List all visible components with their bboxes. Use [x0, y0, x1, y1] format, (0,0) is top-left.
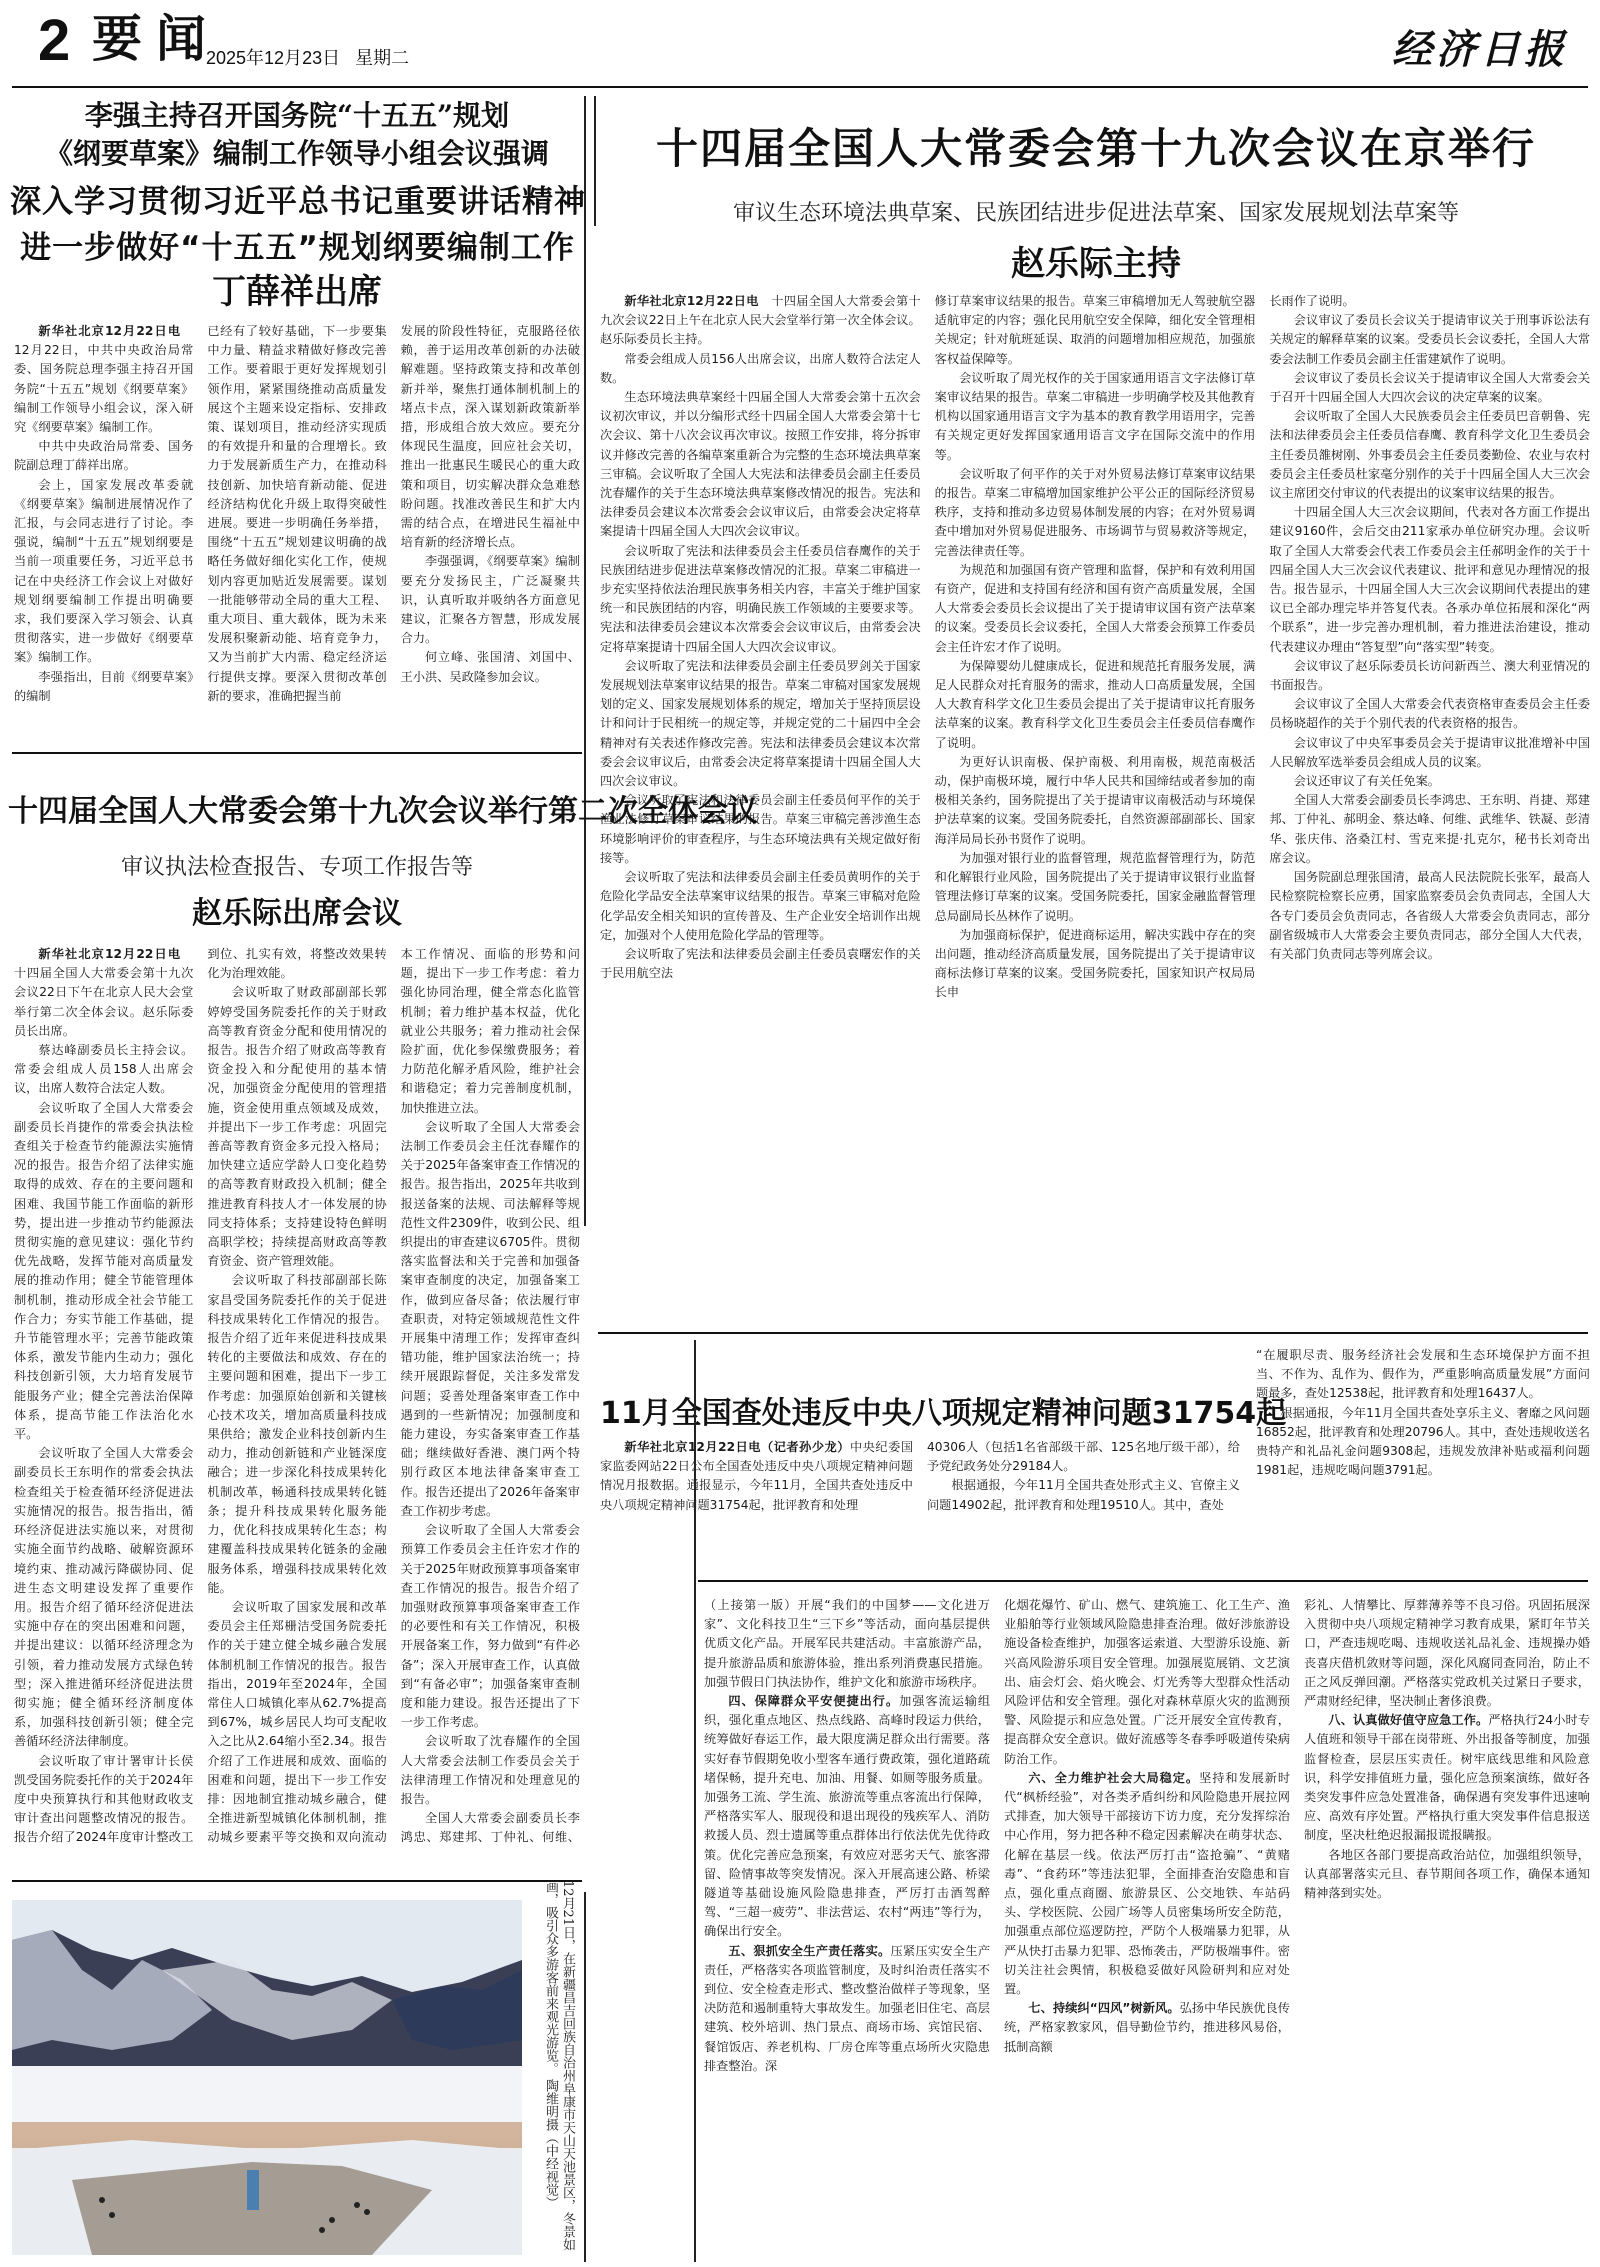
section-rule	[12, 752, 582, 754]
article-column: “在履职尽责、服务经济社会发展和生态环境保护方面不担当、不作为、乱作为、假作为，…	[1256, 1346, 1590, 1556]
article-body: （上接第一版）开展“我们的中国梦——文化进万家”、文化科技卫生“三下乡”等活动，…	[704, 1596, 1590, 2262]
article-headline: 深入学习贯彻习近平总书记重要讲话精神	[10, 176, 585, 221]
article-body: “在履职尽责、服务经济社会发展和生态环境保护方面不担当、不作为、乱作为、假作为，…	[1256, 1346, 1590, 1556]
photo-credit: 陶维明摄（中经视觉）	[543, 2079, 558, 2209]
article-column: 新华社北京12月22日电 十四届全国人大常委会第十九次会议22日上午在北京人民大…	[600, 292, 921, 1292]
article-body: 新华社北京12月22日电（记者孙少龙）中央纪委国家监委网站22日公布全国查处违反…	[600, 1438, 1240, 1558]
article-headline: 十四届全国人大常委会第十九次会议举行第二次全体会议	[8, 786, 588, 830]
article-column: （上接第一版）开展“我们的中国梦——文化进万家”、文化科技卫生“三下乡”等活动，…	[704, 1596, 990, 2262]
date: 2025年12月23日	[206, 48, 340, 68]
article-subhead: 赵乐际主持	[596, 236, 1596, 285]
article-column: 新华社北京12月22日电（记者孙少龙）中央纪委国家监委网站22日公布全国查处违反…	[600, 1438, 913, 1558]
weekday: 星期二	[355, 48, 409, 68]
header-rule	[12, 86, 1588, 88]
article-column: 新华社北京12月22日电 12月22日，中共中央政治局常委、国务院总理李强主持召…	[14, 322, 193, 722]
article-column: 化烟花爆竹、矿山、燃气、建筑施工、化工生产、渔业船舶等行业领域风险隐患排查治理。…	[1004, 1596, 1290, 2262]
section-rule	[698, 1580, 1588, 1582]
article-column: 到位、扎实有效，将整改效果转化为治理效能。会议听取了财政部副部长郭婷婷受国务院委…	[207, 945, 386, 1850]
article-kicker: 《纲要草案》编制工作领导小组会议强调	[12, 132, 582, 172]
article-column: 修订草案审议结果的报告。草案三审稿增加无人驾驶航空器适航审定的内容；强化民用航空…	[935, 292, 1256, 1292]
article-body: 新华社北京12月22日电 十四届全国人大常委会第十九次会议22日下午在北京人民大…	[14, 945, 580, 1850]
article-headline: 11月全国查处违反中央八项规定精神问题31754起	[600, 1388, 1240, 1432]
issue-date: 2025年12月23日 星期二	[206, 44, 409, 70]
column-divider	[584, 1892, 586, 2262]
tianchi-winter-photo	[12, 1900, 522, 2255]
article-column: 长雨作了说明。会议审议了委员长会议关于提请审议关于刑事诉讼法有关规定的解释草案的…	[1269, 292, 1590, 1292]
article-headline: 进一步做好“十五五”规划纲要编制工作	[10, 222, 585, 267]
section-rule	[598, 1332, 1588, 1334]
column-divider	[694, 1340, 696, 2262]
article-subhead: 丁薛祥出席	[12, 264, 582, 313]
article-kicker: 审议执法检查报告、专项工作报告等	[12, 850, 582, 881]
article-column: 40306人（包括1名省部级干部、125名地厅级干部），给予党纪政务处分2918…	[927, 1438, 1240, 1558]
masthead-logo: 经济日报	[1392, 18, 1568, 75]
section-rule	[12, 1880, 582, 1882]
article-kicker: 审议生态环境法典草案、民族团结进步促进法草案、国家发展规划法草案等	[596, 196, 1596, 227]
article-headline: 十四届全国人大常委会第十九次会议在京举行	[596, 116, 1596, 176]
mountain-lake-illustration	[12, 1900, 522, 2255]
article-body: 新华社北京12月22日电 12月22日，中共中央政治局常委、国务院总理李强主持召…	[14, 322, 580, 722]
section-title: 要闻	[92, 14, 220, 64]
article-column: 发展的阶段性特征，克服路径依赖，善于运用改革创新的办法破解难题。坚持政策支持和改…	[401, 322, 580, 722]
article-body: 新华社北京12月22日电 十四届全国人大常委会第十九次会议22日上午在北京人民大…	[600, 292, 1590, 1292]
photo-caption: 12月21日，在新疆昌吉回族自治州阜康市天山天池景区，冬景如画，吸引众多游客前来…	[524, 1880, 576, 2260]
article-subhead: 赵乐际出席会议	[12, 888, 582, 932]
article-column: 彩礼、人情攀比、厚葬薄养等不良习俗。巩固拓展深入贯彻中央八项规定精神学习教育成果…	[1304, 1596, 1590, 2262]
article-column: 本工作情况、面临的形势和问题，提出下一步工作考虑：着力强化协同治理，健全常态化监…	[401, 945, 580, 1850]
article-column: 新华社北京12月22日电 十四届全国人大常委会第十九次会议22日下午在北京人民大…	[14, 945, 193, 1850]
article-column: 已经有了较好基础，下一步要集中力量、精益求精做好修改完善工作。要着眼于更好发挥规…	[207, 322, 386, 722]
page-number: 2	[38, 12, 70, 70]
article-kicker: 李强主持召开国务院“十五五”规划	[12, 94, 582, 134]
